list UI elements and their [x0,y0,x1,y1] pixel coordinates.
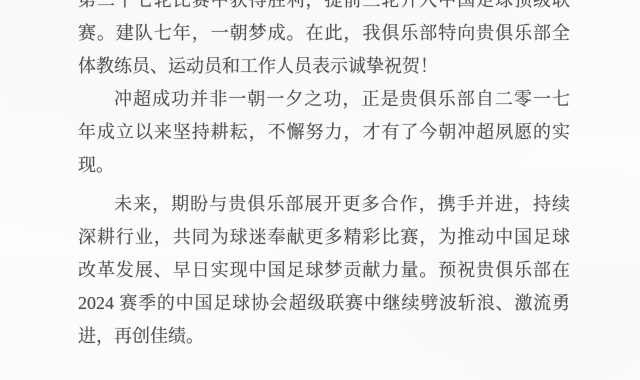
letter-line: 赛。建队七年，一朝梦成。在此，我俱乐部特向贵俱乐部全 [78,17,570,50]
letter-line: 未来，期盼与贵俱乐部展开更多合作，携手并进，持续 [78,188,570,221]
document-photo: 第二十七轮比赛中获得胜利，提前三轮升入中国足球顶级联 赛。建队七年，一朝梦成。在… [0,0,640,380]
letter-line: 体教练员、运动员和工作人员表示诚挚祝贺！ [78,50,570,83]
letter-line: 改革发展、早日实现中国足球梦贡献力量。预祝贵俱乐部在 [78,254,570,287]
letter-line: 年成立以来坚持耕耘，不懈努力，才有了今朝冲超夙愿的实 [78,116,570,149]
letter-line: 冲超成功并非一朝一夕之功，正是贵俱乐部自二零一七 [78,83,570,116]
letter-line: 进，再创佳绩。 [78,320,570,353]
letter-line: 第二十七轮比赛中获得胜利，提前三轮升入中国足球顶级联 [78,0,570,17]
letter-line: 深耕行业，共同为球迷奉献更多精彩比赛，为推动中国足球 [78,221,570,254]
letter-line: 现。 [78,149,570,182]
letter-line: 2024 赛季的中国足球协会超级联赛中继续劈波斩浪、激流勇 [78,287,570,320]
letter-text-block: 第二十七轮比赛中获得胜利，提前三轮升入中国足球顶级联 赛。建队七年，一朝梦成。在… [78,0,570,353]
